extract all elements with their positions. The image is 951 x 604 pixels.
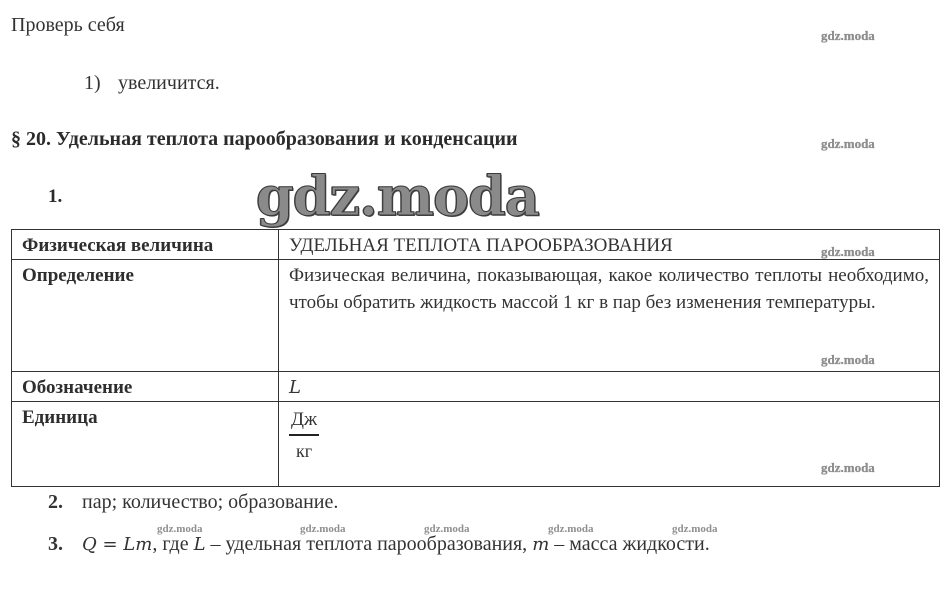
watermark-small: gdz.moda [821, 244, 875, 260]
task-3-text-1: , где [152, 533, 193, 555]
task-1-number: 1. [48, 186, 62, 208]
formula: Q = Lm [82, 534, 152, 555]
task-3-number: 3. [48, 533, 82, 556]
row-label-unit: Единица [12, 402, 279, 487]
task-3-text-3: – масса жидкости. [549, 533, 710, 555]
unit-fraction: Дж кг [289, 408, 319, 463]
task-2-answer: 2.пар; количество; образование. [48, 491, 338, 514]
table-row: Обозначение L [12, 372, 940, 402]
watermark-small: gdz.moda [821, 136, 875, 152]
unit-numerator: Дж [289, 408, 319, 436]
task-3-answer: 3.Q = Lm, где L – удельная теплота пароо… [48, 533, 710, 556]
watermark-large: gdz.moda [256, 164, 539, 228]
section-title: § 20. Удельная теплота парообразования и… [11, 128, 518, 151]
watermark-small: gdz.moda [821, 352, 875, 368]
table-row: Физическая величина УДЕЛЬНАЯ ТЕПЛОТА ПАР… [12, 230, 940, 260]
check-yourself-title: Проверь себя [11, 14, 125, 37]
table-row: Единица Дж кг [12, 402, 940, 487]
definition-table: Физическая величина УДЕЛЬНАЯ ТЕПЛОТА ПАР… [11, 229, 940, 487]
check-answer-1: 1)увеличится. [84, 72, 220, 95]
symbol-m: m [532, 534, 549, 555]
row-value-symbol: L [279, 372, 940, 402]
task-2-number: 2. [48, 491, 82, 514]
answer-text: увеличится. [118, 72, 220, 94]
answer-number: 1) [84, 72, 118, 95]
unit-denominator: кг [289, 436, 319, 463]
task-3-text-2: – удельная теплота парообразования, [206, 533, 533, 555]
row-label-definition: Определение [12, 260, 279, 372]
task-2-text: пар; количество; образование. [82, 491, 338, 513]
watermark-small: gdz.moda [821, 28, 875, 44]
symbol-L: L [289, 377, 301, 398]
row-label-quantity: Физическая величина [12, 230, 279, 260]
symbol-L: L [194, 534, 206, 555]
row-label-symbol: Обозначение [12, 372, 279, 402]
watermark-small: gdz.moda [821, 460, 875, 476]
table-row: Определение Физическая величина, показыв… [12, 260, 940, 372]
